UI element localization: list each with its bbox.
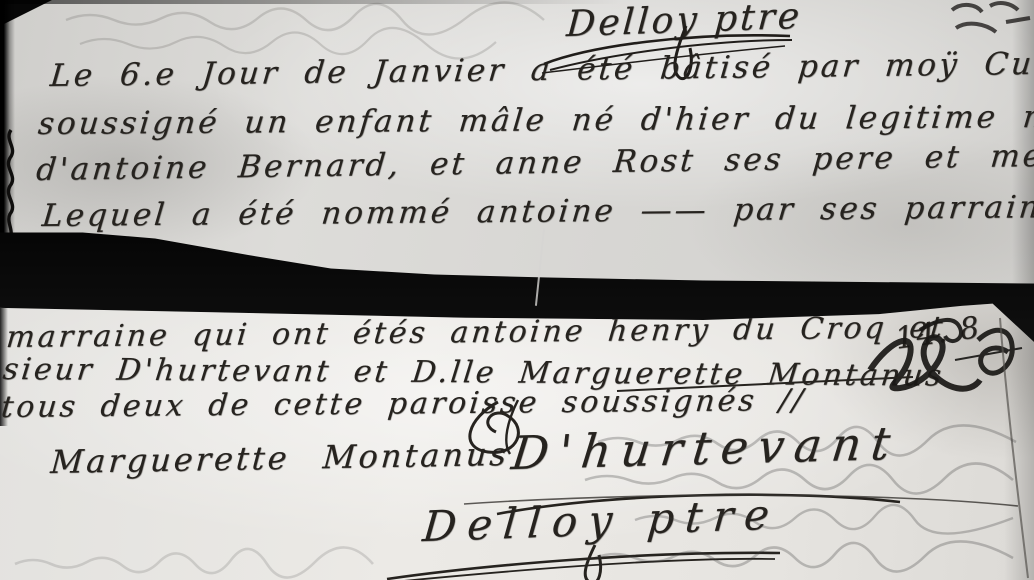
ink-bleedthrough — [585, 470, 1015, 488]
binding-marks — [1, 128, 21, 240]
ink-bleedthrough — [598, 432, 1018, 450]
ink-bleedthrough — [595, 548, 1015, 566]
margin-underline — [615, 374, 915, 394]
ink-bleedthrough — [66, 6, 546, 54]
record-line-4: Lequel a été nommé antoine —— par ses pa… — [41, 189, 1034, 234]
scan-edge-top — [0, 0, 620, 4]
scanned-register-page: Delloy ptre Le 6.e Jour de Janvier a été… — [0, 0, 1034, 580]
record-line-2: soussigné un enfant mâle né d'hier du le… — [36, 98, 1034, 142]
ink-bleedthrough — [635, 510, 1015, 528]
ink-bleedthrough — [15, 554, 375, 572]
godmother-signature: Marguerette Montanus — [49, 435, 510, 481]
register-fragment-bottom: marraine qui ont étés antoine henry du C… — [0, 298, 1034, 580]
record-line-3: d'antoine Bernard, et anne Rost ses pere… — [35, 137, 1034, 188]
adjacent-page-ink — [946, 0, 1034, 44]
